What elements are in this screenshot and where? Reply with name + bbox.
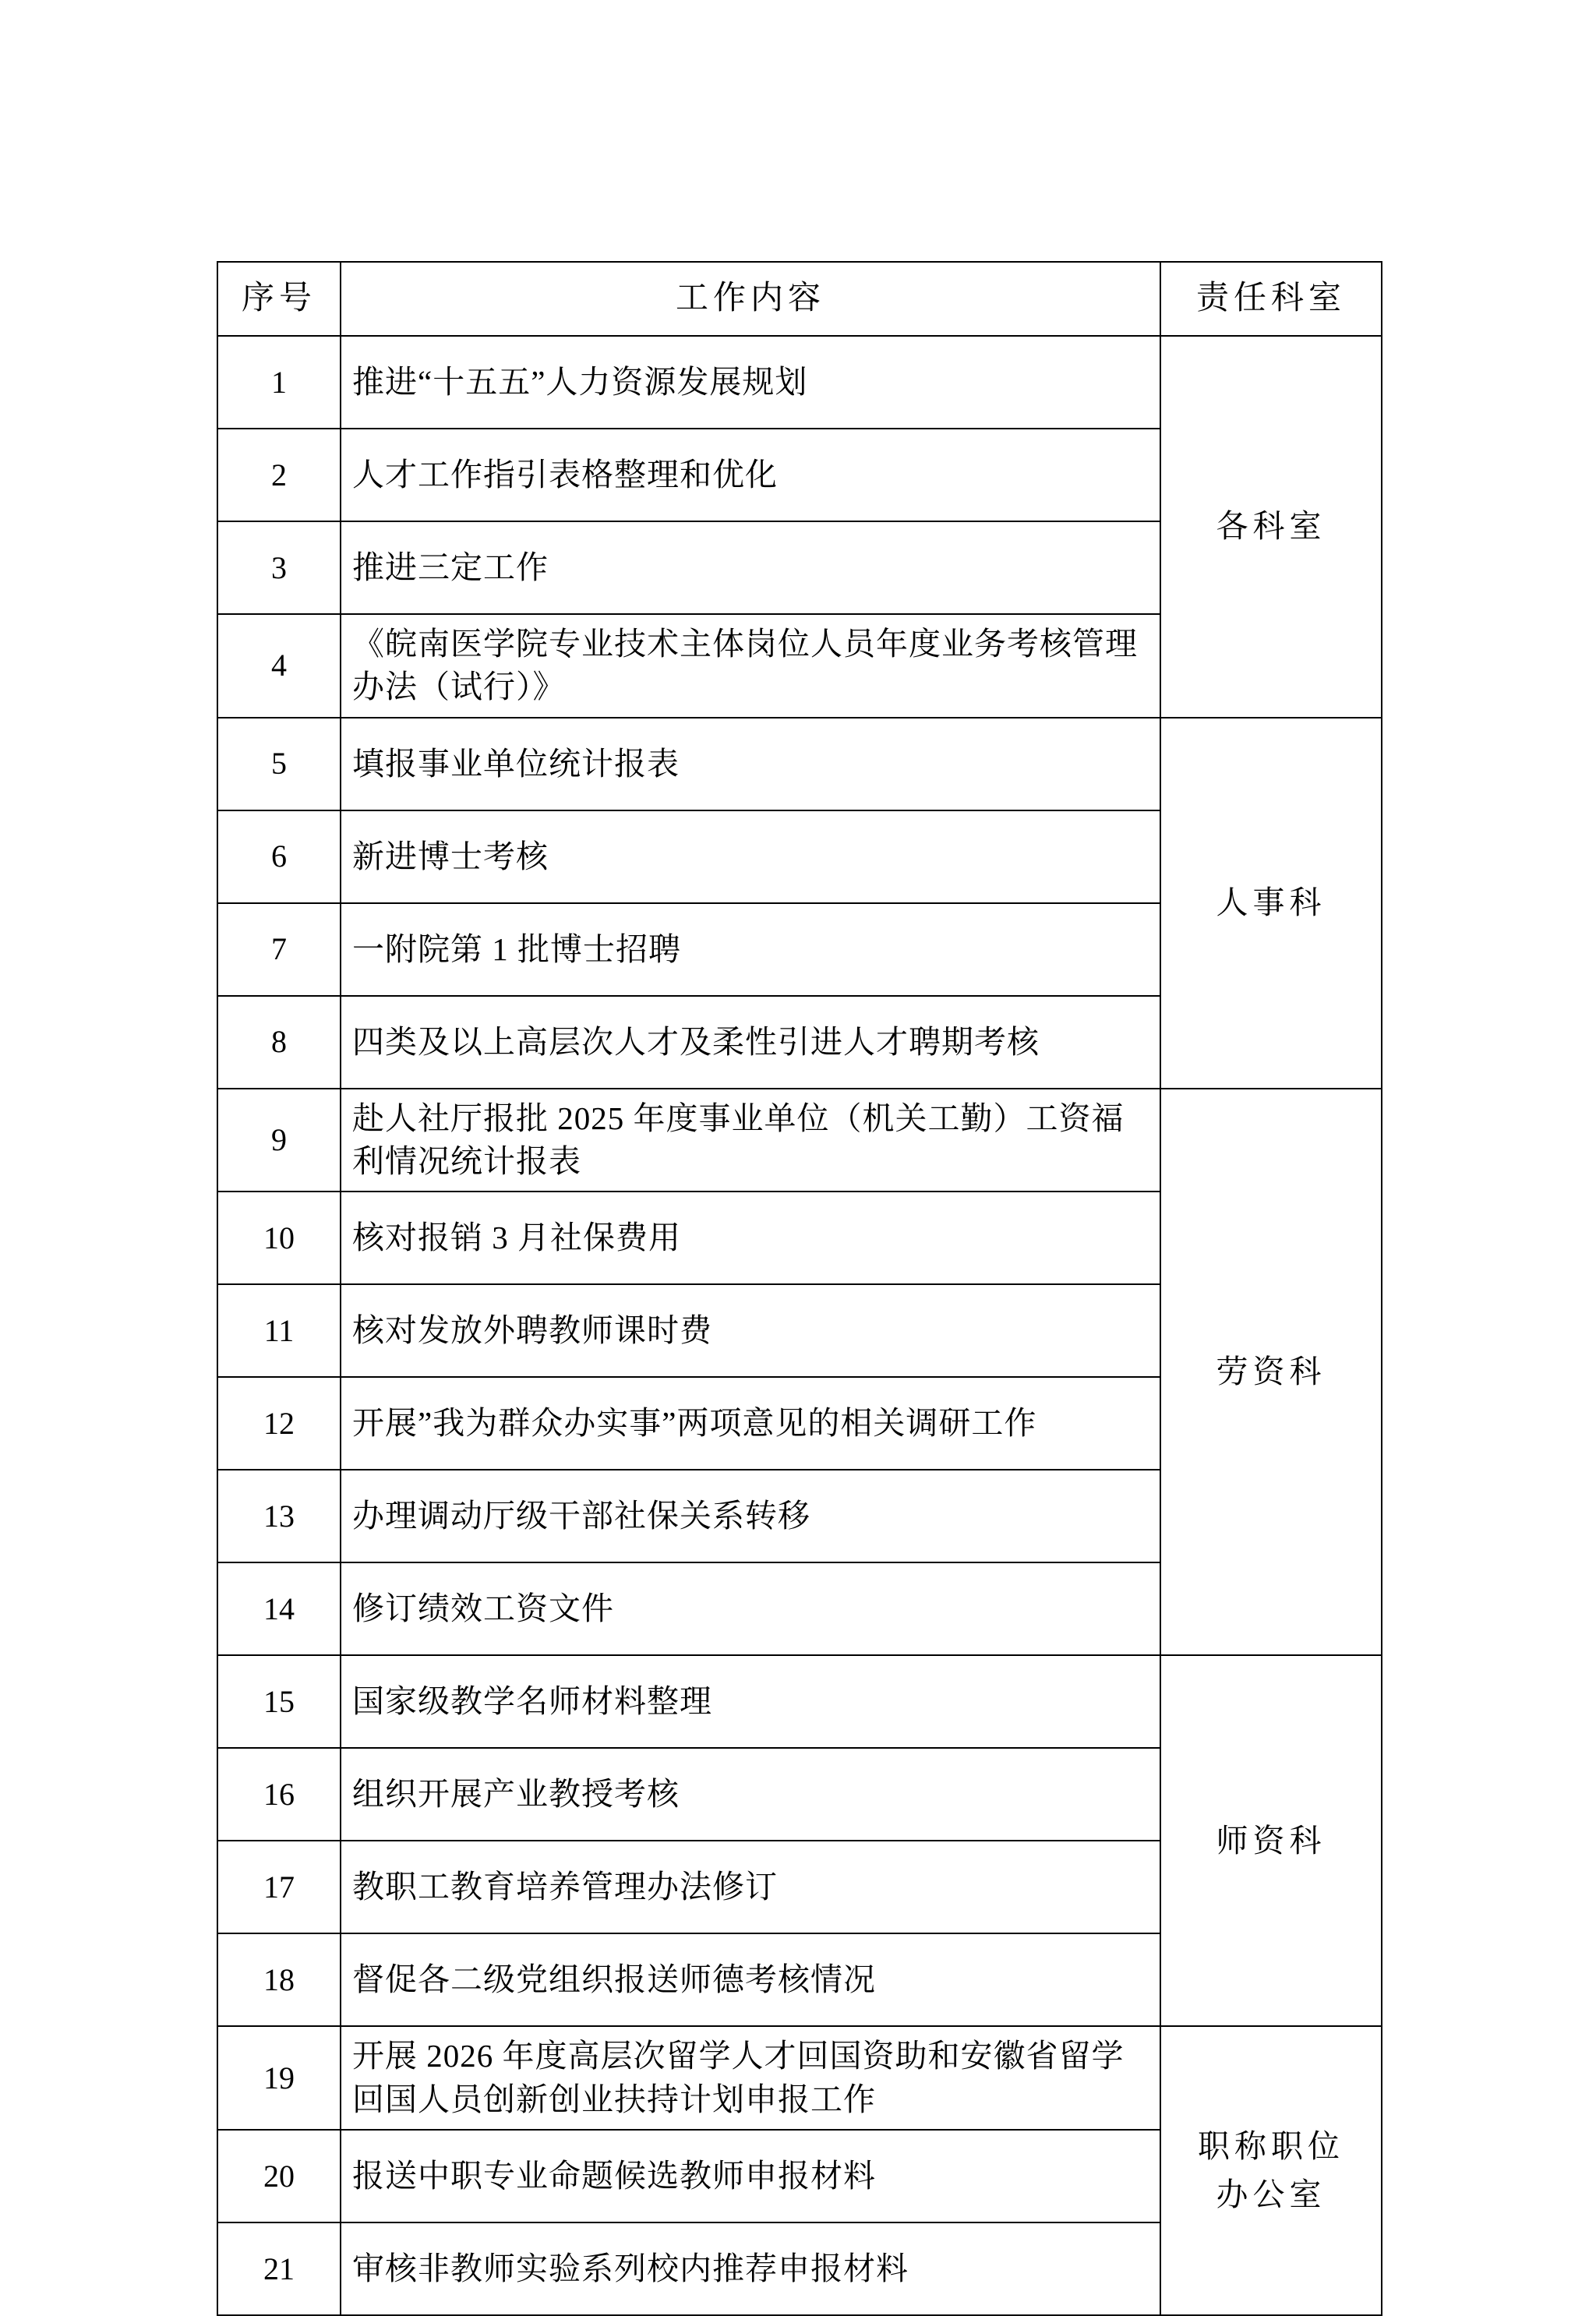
department-label: 职称职位办公室 xyxy=(1196,2123,1346,2219)
row-content: 核对发放外聘教师课时费 xyxy=(341,1284,1160,1377)
row-content: 核对报销 3 月社保费用 xyxy=(341,1192,1160,1284)
department-cell: 劳资科 xyxy=(1160,1089,1382,1656)
row-content: 填报事业单位统计报表 xyxy=(341,718,1160,810)
department-label: 劳资科 xyxy=(1216,1348,1326,1396)
row-content: 推进“十五五”人力资源发展规划 xyxy=(341,336,1160,429)
row-number: 8 xyxy=(217,996,341,1089)
row-number: 21 xyxy=(217,2222,341,2315)
row-content: 四类及以上高层次人才及柔性引进人才聘期考核 xyxy=(341,996,1160,1089)
header-row: 序号 工作内容 责任科室 xyxy=(217,262,1382,336)
table-row: 9赴人社厅报批 2025 年度事业单位（机关工勤）工资福利情况统计报表劳资科 xyxy=(217,1089,1382,1192)
row-content: 《皖南医学院专业技术主体岗位人员年度业务考核管理办法（试行）》 xyxy=(341,614,1160,718)
row-number: 13 xyxy=(217,1470,341,1562)
row-number: 3 xyxy=(217,521,341,614)
row-content: 报送中职专业命题候选教师申报材料 xyxy=(341,2130,1160,2222)
row-content: 一附院第 1 批博士招聘 xyxy=(341,903,1160,996)
row-content: 审核非教师实验系列校内推荐申报材料 xyxy=(341,2222,1160,2315)
row-number: 17 xyxy=(217,1841,341,1933)
row-content: 新进博士考核 xyxy=(341,810,1160,903)
row-content: 国家级教学名师材料整理 xyxy=(341,1655,1160,1748)
row-number: 4 xyxy=(217,614,341,718)
row-number: 18 xyxy=(217,1933,341,2026)
row-content: 人才工作指引表格整理和优化 xyxy=(341,429,1160,521)
department-label: 各科室 xyxy=(1216,503,1326,551)
department-cell: 师资科 xyxy=(1160,1655,1382,2026)
table-row: 19开展 2026 年度高层次留学人才回国资助和安徽省留学回国人员创新创业扶持计… xyxy=(217,2026,1382,2130)
row-number: 2 xyxy=(217,429,341,521)
row-number: 11 xyxy=(217,1284,341,1377)
row-content: 赴人社厅报批 2025 年度事业单位（机关工勤）工资福利情况统计报表 xyxy=(341,1089,1160,1192)
work-table: 序号 工作内容 责任科室 1推进“十五五”人力资源发展规划各科室2人才工作指引表… xyxy=(217,261,1382,2316)
row-number: 1 xyxy=(217,336,341,429)
header-index: 序号 xyxy=(217,262,341,336)
row-number: 19 xyxy=(217,2026,341,2130)
table-row: 5填报事业单位统计报表人事科 xyxy=(217,718,1382,810)
department-cell: 各科室 xyxy=(1160,336,1382,718)
department-label: 人事科 xyxy=(1216,879,1326,927)
department-label: 师资科 xyxy=(1216,1817,1326,1866)
row-content: 推进三定工作 xyxy=(341,521,1160,614)
row-number: 5 xyxy=(217,718,341,810)
row-number: 14 xyxy=(217,1562,341,1655)
row-number: 9 xyxy=(217,1089,341,1192)
row-content: 办理调动厅级干部社保关系转移 xyxy=(341,1470,1160,1562)
department-cell: 人事科 xyxy=(1160,718,1382,1089)
row-content: 教职工教育培养管理办法修订 xyxy=(341,1841,1160,1933)
department-cell: 职称职位办公室 xyxy=(1160,2026,1382,2315)
row-number: 10 xyxy=(217,1192,341,1284)
row-content: 开展 2026 年度高层次留学人才回国资助和安徽省留学回国人员创新创业扶持计划申… xyxy=(341,2026,1160,2130)
row-content: 修订绩效工资文件 xyxy=(341,1562,1160,1655)
header-content: 工作内容 xyxy=(341,262,1160,336)
work-table-header: 序号 工作内容 责任科室 xyxy=(217,262,1382,336)
table-row: 15国家级教学名师材料整理师资科 xyxy=(217,1655,1382,1748)
work-table-body: 1推进“十五五”人力资源发展规划各科室2人才工作指引表格整理和优化3推进三定工作… xyxy=(217,336,1382,2315)
row-content: 督促各二级党组织报送师德考核情况 xyxy=(341,1933,1160,2026)
row-number: 16 xyxy=(217,1748,341,1841)
row-content: 开展”我为群众办实事”两项意见的相关调研工作 xyxy=(341,1377,1160,1470)
row-number: 20 xyxy=(217,2130,341,2222)
row-number: 6 xyxy=(217,810,341,903)
row-number: 7 xyxy=(217,903,341,996)
row-number: 15 xyxy=(217,1655,341,1748)
header-department: 责任科室 xyxy=(1160,262,1382,336)
table-row: 1推进“十五五”人力资源发展规划各科室 xyxy=(217,336,1382,429)
document-page: 序号 工作内容 责任科室 1推进“十五五”人力资源发展规划各科室2人才工作指引表… xyxy=(0,0,1596,2257)
row-content: 组织开展产业教授考核 xyxy=(341,1748,1160,1841)
row-number: 12 xyxy=(217,1377,341,1470)
